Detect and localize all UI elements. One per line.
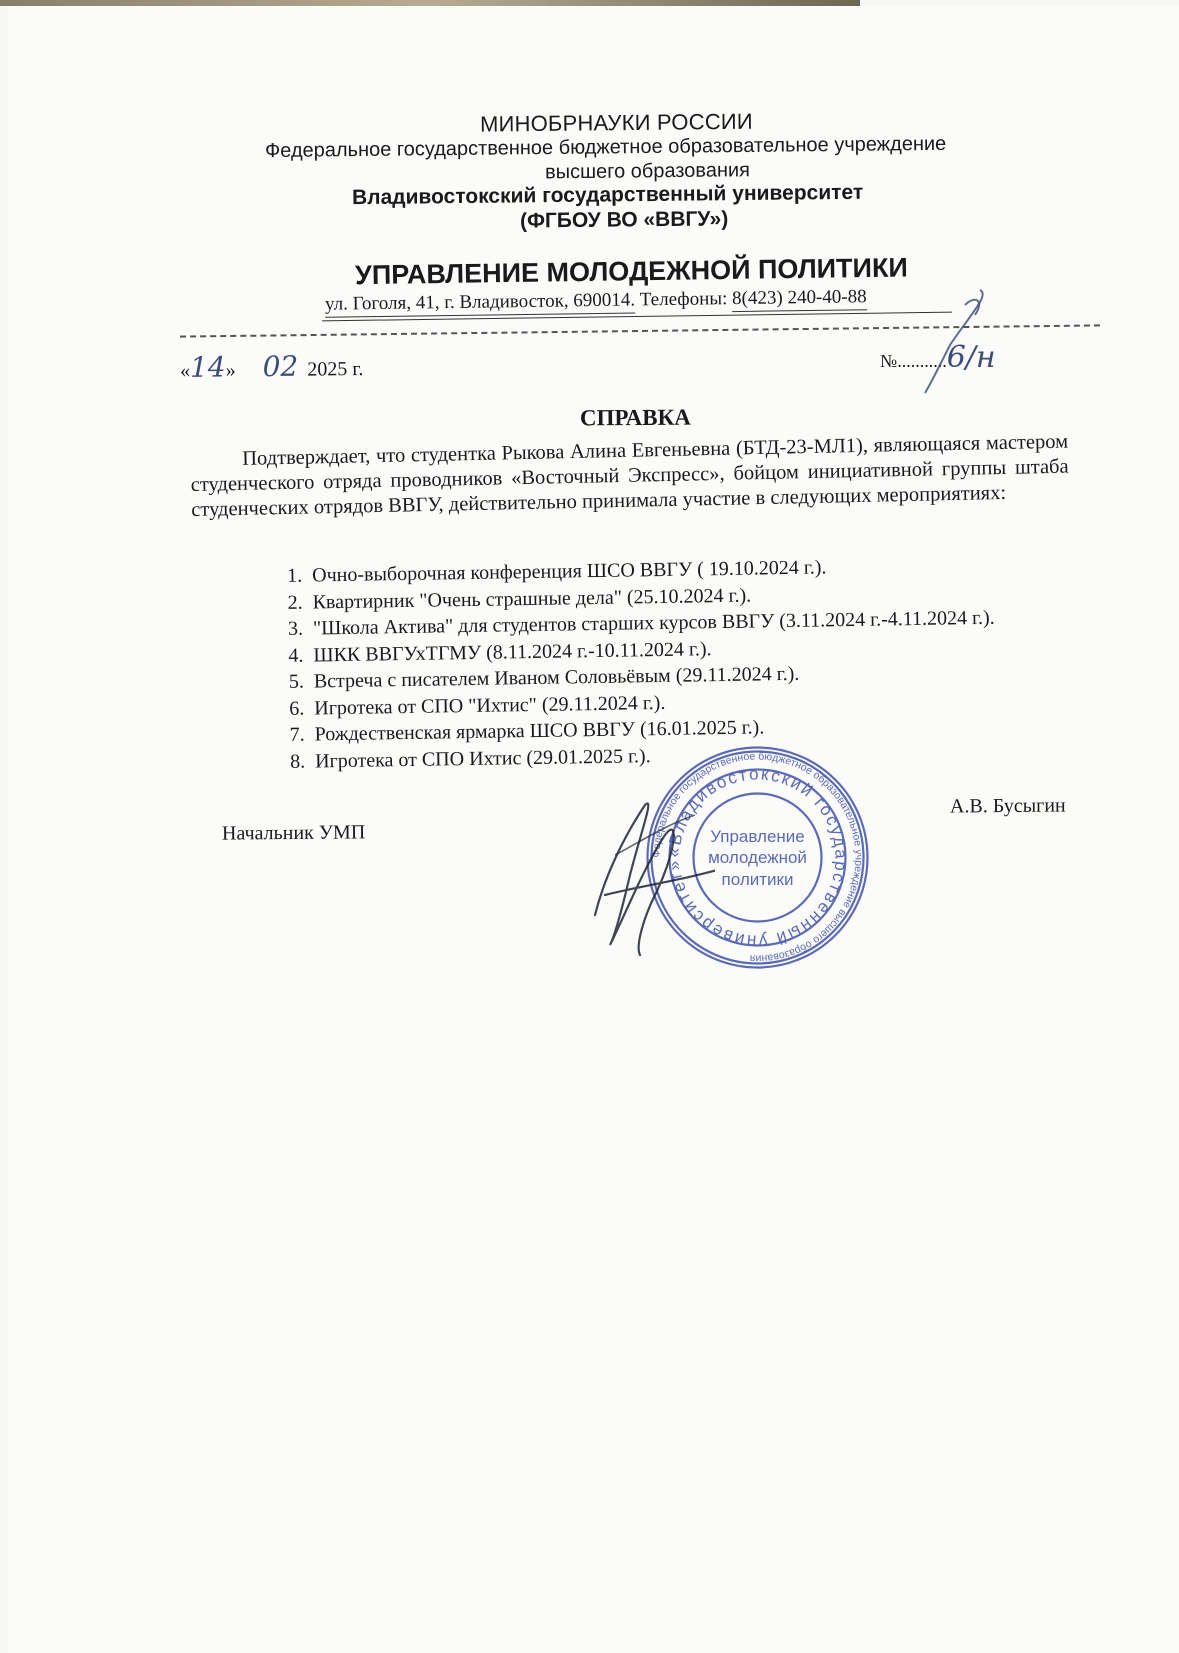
university-abbreviation: (ФГБОУ ВО «ВВГУ»): [520, 206, 820, 233]
document-date: «14» 02 2025 г.: [180, 349, 364, 384]
svg-text:молодежной: молодежной: [708, 848, 807, 867]
address: ул. Гоголя, 41, г. Владивосток, 690014.: [325, 289, 635, 317]
date-month-handwritten: 02: [262, 350, 298, 383]
signatory-name: А.В. Бусыгин: [950, 794, 1066, 818]
events-list: 1.Очно-выборочная конференция ШСО ВВГУ (…: [278, 550, 1101, 775]
handwritten-signature-icon: [585, 795, 715, 965]
number-label: №: [880, 351, 897, 371]
institution-type-line2: высшего образования: [545, 159, 805, 185]
handwritten-mark-icon: [920, 285, 1000, 395]
ministry-name: МИНОБРНАУКИ РОССИИ: [480, 108, 780, 137]
phones-label: Телефоны:: [640, 288, 728, 310]
date-quote-close: »: [226, 359, 236, 381]
signatory-position: Начальник УМП: [222, 821, 365, 845]
date-quote-open: «: [180, 360, 190, 382]
svg-text:Управление: Управление: [710, 827, 805, 846]
date-day-handwritten: 14: [190, 350, 226, 383]
phone-number: 8(423) 240-40-88: [732, 286, 867, 312]
date-year: 2025 г.: [307, 358, 363, 381]
document-title: СПРАВКА: [580, 405, 691, 432]
svg-text:политики: политики: [722, 870, 794, 889]
